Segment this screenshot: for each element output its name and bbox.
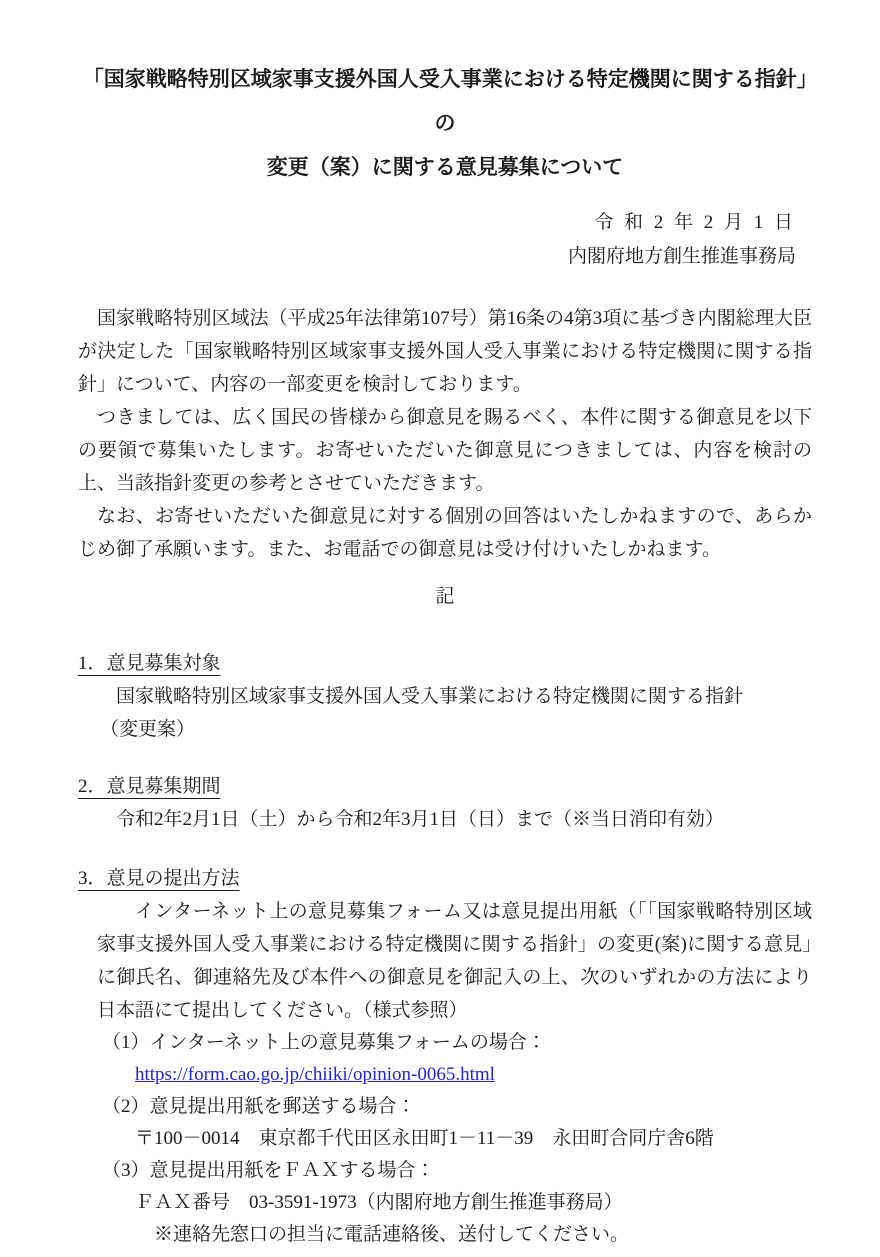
page-title-line-2: 変更（案）に関する意見募集について [78,146,812,190]
method-fax-label: （3）意見提出用紙をＦＡＸする場合： [102,1155,812,1187]
section-period: 2．意見募集期間 令和2年2月1日（土）から令和2年3月1日（日）まで（※当日消… [78,770,812,836]
issue-date: 令 和 2 年 2 月 1 日 [78,206,796,240]
body-paragraphs: 国家戦略特別区域法（平成25年法律第107号）第16条の4第3項に基づき内閣総理… [78,302,812,566]
method-mail: （2）意見提出用紙を郵送する場合： 〒100－0014 東京都千代田区永田町1－… [78,1091,812,1155]
section-submission-heading: 3．意見の提出方法 [78,862,812,895]
method-mail-address: 〒100－0014 東京都千代田区永田町1－11－39 永田町合同庁舎6階 [135,1123,812,1155]
method-mail-label: （2）意見提出用紙を郵送する場合： [102,1091,812,1123]
section-submission: 3．意見の提出方法 インターネット上の意見募集フォーム又は意見提出用紙（「「国家… [78,862,812,1251]
method-internet: （1）インターネット上の意見募集フォームの場合： https://form.ca… [78,1027,812,1091]
method-internet-label: （1）インターネット上の意見募集フォームの場合： [102,1027,812,1059]
opinion-form-link[interactable]: https://form.cao.go.jp/chiiki/opinion-00… [135,1064,495,1085]
method-internet-detail: https://form.cao.go.jp/chiiki/opinion-00… [135,1059,812,1091]
method-fax-number: ＦＡＸ番号 03-3591-1973（内閣府地方創生推進事務局） [135,1187,812,1219]
section-submission-intro: インターネット上の意見募集フォーム又は意見提出用紙（「「国家戦略特別区域家事支援… [97,895,812,1027]
document-header: 令 和 2 年 2 月 1 日 内閣府地方創生推進事務局 [78,206,812,274]
section-subject-line-2: （変更案） [100,713,812,746]
section-period-line: 令和2年2月1日（土）から令和2年3月1日（日）まで（※当日消印有効） [116,803,812,836]
section-period-heading: 2．意見募集期間 [78,770,812,803]
paragraph-2: つきましては、広く国民の皆様から御意見を賜るべく、本件に関する御意見を以下の要領… [78,401,812,500]
paragraph-1: 国家戦略特別区域法（平成25年法律第107号）第16条の4第3項に基づき内閣総理… [78,302,812,401]
page-title-line-1: 「国家戦略特別区域家事支援外国人受入事業における特定機関に関する指針」の [78,58,812,146]
method-fax-note: ※連絡先窓口の担当に電話連絡後、送付してください。 [154,1219,812,1251]
section-subject-line-1: 国家戦略特別区域家事支援外国人受入事業における特定機関に関する指針 [116,680,812,713]
section-subject: 1．意見募集対象 国家戦略特別区域家事支援外国人受入事業における特定機関に関する… [78,647,812,746]
paragraph-3: なお、お寄せいただいた御意見に対する個別の回答はいたしかねますので、あらかじめ御… [78,500,812,566]
issuing-organization: 内閣府地方創生推進事務局 [78,240,796,274]
ki-marker: 記 [78,580,812,613]
method-fax: （3）意見提出用紙をＦＡＸする場合： ＦＡＸ番号 03-3591-1973（内閣… [78,1155,812,1251]
document-page: 「国家戦略特別区域家事支援外国人受入事業における特定機関に関する指針」の 変更（… [0,0,880,1257]
section-subject-heading: 1．意見募集対象 [78,647,812,680]
page-title: 「国家戦略特別区域家事支援外国人受入事業における特定機関に関する指針」の 変更（… [78,58,812,190]
